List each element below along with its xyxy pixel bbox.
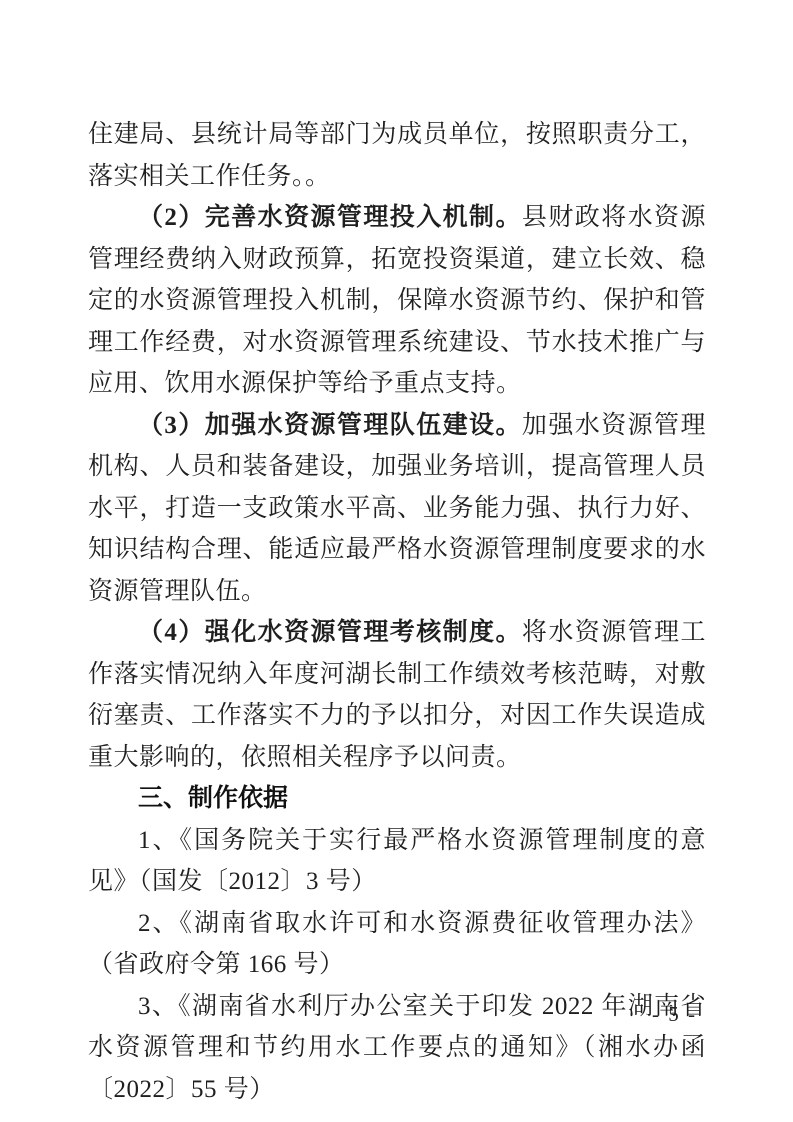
paragraph-text: 加强水资源管理机构、人员和装备建设，加强业务培训，提高管理人员水平，打造一支政策… (88, 412, 706, 605)
reference-item-2: 2、《湖南省取水许可和水资源费征收管理办法》（省政府令第 166 号） (88, 903, 706, 986)
document-content: 住建局、县统计局等部门为成员单位，按照职责分工，落实相关工作任务。。 （2）完善… (88, 114, 706, 1110)
document-page: 住建局、县统计局等部门为成员单位，按照职责分工，落实相关工作任务。。 （2）完善… (0, 0, 793, 1122)
paragraph-bold-lead: （3）加强水资源管理队伍建设。 (138, 412, 522, 439)
section-heading: 三、制作依据 (88, 778, 706, 820)
paragraph-item-3: （3）加强水资源管理队伍建设。加强水资源管理机构、人员和装备建设，加强业务培训，… (88, 405, 706, 613)
paragraph-item-4: （4）强化水资源管理考核制度。将水资源管理工作落实情况纳入年度河湖长制工作绩效考… (88, 612, 706, 778)
paragraph-bold-lead: （4）强化水资源管理考核制度。 (138, 619, 522, 646)
paragraph-item-2: （2）完善水资源管理投入机制。县财政将水资源管理经费纳入财政预算，拓宽投资渠道，… (88, 197, 706, 405)
paragraph-continuation: 住建局、县统计局等部门为成员单位，按照职责分工，落实相关工作任务。。 (88, 114, 706, 197)
paragraph-bold-lead: （2）完善水资源管理投入机制。 (138, 204, 522, 231)
reference-item-3: 3、《湖南省水利厅办公室关于印发 2022 年湖南省水资源管理和节约用水工作要点… (88, 986, 706, 1111)
page-number: - 5 - (652, 1000, 697, 1028)
paragraph-text: 县财政将水资源管理经费纳入财政预算，拓宽投资渠道，建立长效、稳定的水资源管理投入… (88, 204, 706, 397)
reference-item-1: 1、《国务院关于实行最严格水资源管理制度的意见》（国发〔2012〕3 号） (88, 820, 706, 903)
paragraph-text: 住建局、县统计局等部门为成员单位，按照职责分工，落实相关工作任务。。 (88, 121, 706, 190)
